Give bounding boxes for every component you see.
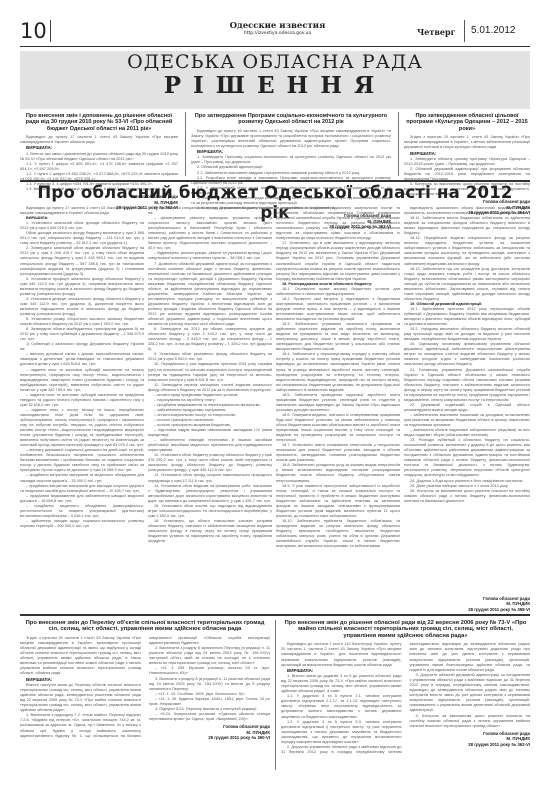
article-paragraph: харчування і медикаментів, оплату комуна…: [276, 206, 400, 241]
article-body: Згідно з пунктом 20 частини 1 статті 43 …: [20, 635, 270, 741]
article-paragraph: 1. Затвердити Програму соціально-економі…: [191, 154, 391, 164]
article-title: Про затвердження Програми соціально-екон…: [191, 113, 391, 126]
article-paragraph: 2. Виключити з розділу 8 зазначеного Пер…: [149, 645, 270, 665]
section-banner: ОДЕСЬКА ОБЛАСНА РАДА РІШЕННЯ: [20, 51, 530, 109]
article-paragraph: 9. Установити обсяг резервного фонду обл…: [148, 352, 272, 362]
article-paragraph: 18.5. Забезпечити проведення індексації …: [276, 393, 400, 413]
article-paragraph: – будівництво, реконструкцію, ремонт та …: [148, 251, 272, 261]
article-paragraph: – здійснення заходів щодо соціально-екон…: [20, 519, 144, 529]
article-paragraph: 2. Затвердити загальний обсяг видатків о…: [20, 246, 144, 276]
article-paragraph: 3. Доручити обласній державній адміністр…: [410, 672, 531, 713]
article-paragraph: 18.3. Забезпечити утримання чисельності …: [276, 322, 400, 352]
budget-column-2: 2) Субвенцій зі спеціального фонду Держа…: [148, 206, 272, 544]
article-paragraph: – «11. 1. 49. Будинок Зарифи, 1840-і, 18…: [149, 696, 270, 706]
article-intro: Відповідно до пункту 16 частини 1 статті…: [191, 128, 391, 148]
article-paragraph: 18.10. Забезпечити прийняття бюджетних з…: [276, 519, 400, 549]
article-paragraph: 3. Установити профіцит загального фонду …: [20, 277, 144, 297]
article-paragraph: 24. Додатки 1-8 до цього рішення є його …: [404, 479, 530, 484]
masthead: 10 Одесские известия http://izvestiya.od…: [20, 14, 530, 47]
article-paragraph: 1.1. У пункті 1 цифри «3 869 501,4», «3 …: [20, 161, 178, 171]
paper-title: Одесские известия: [230, 21, 326, 31]
article-paragraph: 22. Державній податковій службі в Одеськ…: [404, 403, 530, 413]
article-paragraph: 1.1. У додатках 3 та 5 пункти 2.1. типов…: [281, 693, 402, 718]
article-paragraph: 12. Установити обсяг бюджету розвитку об…: [148, 453, 272, 473]
article-paragraph: – виплату державної соціальної допомоги …: [20, 448, 144, 473]
article-paragraph: 26. Контроль за виконанням цього рішення…: [404, 489, 530, 504]
article-paragraph: 18.6. Планувати видатки, пов'язані із ст…: [276, 413, 400, 443]
article-paragraph: 10. Передбачити у разі підвищення протяг…: [148, 362, 272, 382]
article-paragraph: 1. Внести такі зміни і доповнення до ріш…: [20, 151, 178, 161]
article-paragraph: 1. Внести зміни до додатків 3 та 5 до рі…: [281, 673, 402, 693]
article-paragraph: 18.7. Установити ліміти споживання енерг…: [276, 443, 400, 463]
article-paragraph: – придбання медичного обладнання (мамогр…: [20, 504, 144, 519]
signature-date: 28 грудня 2011 року № 362-VI: [410, 742, 531, 747]
article-paragraph: – придбання витратних матеріалів для зак…: [20, 484, 144, 494]
column-divider: [275, 620, 276, 770]
article-paragraph: – придбання медикаментів для забезпеченн…: [20, 494, 144, 504]
newspaper-page: 10 Одесские известия http://izvestiya.od…: [20, 0, 530, 800]
article-paragraph: 15. Установити обсяг коштів, що надходят…: [148, 504, 272, 519]
article-paragraph: відповідність щомісячного обсягу фактичн…: [404, 206, 530, 216]
banner-subtitle: РІШЕННЯ: [20, 73, 530, 99]
signature-date: 28 грудня 2011 року № 360-VI: [149, 735, 270, 740]
article-paragraph: – підготовка кадрів вищими навчальними з…: [148, 428, 272, 438]
article-property-list-amendments: Про внесення змін до Переліку об'єктів с…: [20, 620, 270, 800]
article-paragraph: 18.13. Забезпечити під час укладання уго…: [404, 267, 530, 302]
signature: Голова обласної радиМ. ПУНДИК28 грудня 2…: [410, 731, 531, 747]
section-divider: [20, 614, 530, 616]
article-paragraph: – надання пільг та житлових субсидій нас…: [20, 368, 144, 393]
budget-column-1: Відповідно до пункту 17 частини 1 статті…: [20, 206, 144, 529]
article-paragraph: Обсяг доходів загального фонду бюджету в…: [20, 231, 144, 246]
paper-url[interactable]: http://izvestiya.odessa.gov.ua: [210, 31, 345, 37]
article-paragraph: 11. Затвердити перелік захищених статей …: [148, 383, 272, 393]
article-body: Відповідно до частини 2 статті 143 Конст…: [281, 641, 530, 754]
article-paragraph: Відповідно до частини 2 статті 143 Конст…: [281, 641, 402, 666]
article-paragraph: 19.1. Здійснювати протягом 2012 року пер…: [404, 307, 530, 327]
signature-date: 28 грудня 2011 року № 358-VI: [404, 607, 530, 612]
article-paragraph: 8. Затвердити на 2012 рік обсяги поверне…: [148, 327, 272, 352]
article-paragraph: 6. Затвердити обсяги міжбюджетних трансф…: [20, 327, 144, 342]
budget-column-3: харчування і медикаментів, оплату комуна…: [276, 206, 400, 549]
article-paragraph: 3. Включити з розділу 8 (в редакції п. 1…: [149, 676, 270, 691]
article-title: Про внесення змін до Переліку об'єктів с…: [20, 620, 270, 633]
article-intro: Відповідно до пункту 17 частини 1 статті…: [20, 134, 178, 144]
article-paragraph: – «5.24. Комунальна установа «Одеська об…: [149, 711, 270, 721]
article-paragraph: – придбання витратних матеріалів та меди…: [20, 473, 144, 483]
article-paragraph: 23. Розподіл субвенцій з обласного бюдже…: [404, 438, 530, 478]
article-paragraph: 18.1. Отримання права мережу бюджетних у…: [276, 287, 400, 297]
article-intro: Згідно з пунктом 20 частини 1, статті 43…: [404, 134, 530, 149]
article-paragraph: – надання пільг та житлових субсидій нас…: [20, 393, 144, 408]
article-paragraph: 4. Установити дефіцит спеціального фонду…: [20, 297, 144, 317]
article-paragraph: 13. Установити обсяг фонду охорони навко…: [148, 473, 272, 483]
article-paragraph: 18.4. Забезпечити у першочерговому поряд…: [276, 352, 400, 392]
article-paragraph: – «11. 1. 205. Музичне училище, початок …: [149, 665, 270, 675]
article-paragraph: 18.11. Забезпечити взяття бюджетних зобо…: [404, 216, 530, 236]
budget-signature: Голова обласної ради М. ПУНДИК 28 грудня…: [404, 596, 530, 612]
article-title: Про внесення змін до рішення обласної ра…: [281, 620, 530, 639]
article-paragraph: 20. Одеському головному фінансовому упра…: [404, 342, 530, 367]
article-paragraph: Відповідно до пункту 17 частини 1 статті…: [20, 206, 144, 216]
weekday: Четверг: [417, 27, 456, 37]
article-title: Про затвердження обласної цільової прогр…: [404, 113, 530, 132]
article-paragraph: 4. Контроль за виконанням цього рішення …: [410, 713, 531, 728]
article-paragraph: 1. Затвердити обласну цільову програму «…: [404, 156, 530, 166]
article-paragraph: – забезпечення виконання показників за д…: [404, 413, 530, 428]
article-paragraph: 18.9. У разі наявності простроченої забо…: [276, 484, 400, 519]
article-paragraph: 14. Установити обсяг видатків на фінансу…: [148, 484, 272, 504]
issue-date: 5.01.2012: [464, 20, 516, 42]
article-paragraph: 21. Головному управлінню Державної казна…: [404, 368, 530, 403]
article-paragraph: 18.8. Забезпечити укладення угод за кожн…: [276, 463, 400, 483]
article-paragraph: Внести наступні зміни до Переліку об'єкт…: [20, 682, 141, 713]
article-paragraph: – зменшення обсягів податкової заборгова…: [404, 428, 530, 438]
article-paragraph: 17. Установити, що в сумі зменшення у ві…: [276, 241, 400, 281]
article-paragraph: 5. Установити розмір оборотного касового…: [20, 317, 144, 327]
page-number: 10: [20, 20, 51, 42]
article-paragraph: 18.2. Привести свої витрати у відповідні…: [276, 297, 400, 322]
section-divider: [20, 180, 530, 182]
column-divider: [398, 112, 399, 176]
article-paragraph: 19.2. Упродовж виконання обласного бюдже…: [404, 327, 530, 342]
article-paragraph: 16. Установити, що обсяги тимчасових кас…: [148, 519, 272, 544]
article-paragraph: 1.2. У додатках 3 та 5 пункти 5.3. типов…: [281, 719, 402, 744]
article-paragraph: – забезпечення інвалідів технічними й ін…: [148, 438, 272, 453]
article-paragraph: 2. Обласній державній адміністрації при …: [404, 166, 530, 181]
article-paragraph: 18.12. Передбачати видатки спеціального …: [404, 236, 530, 266]
article-paragraph: 1. Установити загальний обсяг доходів об…: [20, 221, 144, 231]
budget-column-4: відповідність щомісячного обсягу фактичн…: [404, 206, 530, 504]
signature: Голова обласної радиМ. ПУНДИК28 грудня 2…: [149, 724, 270, 740]
article-paragraph: – надання пільг з послуг зв'язку та інши…: [20, 408, 144, 448]
paper-name: Одесские известия http://izvestiya.odess…: [210, 22, 345, 37]
article-paragraph: – виплату допомоги сім'ям з дітьми, мало…: [20, 352, 144, 367]
article-property-decision-amendments: Про внесення змін до рішення обласної ра…: [281, 620, 530, 800]
article-paragraph: 2) Субвенцій зі спеціального фонду Держа…: [148, 206, 272, 216]
article-title: Про внесення змін і доповнень до рішення…: [20, 113, 178, 132]
banner-title: ОДЕСЬКА ОБЛАСНА РАДА: [20, 51, 530, 73]
article-paragraph: Згідно з пунктом 20 частини 1 статті 43 …: [20, 635, 141, 676]
column-divider: [185, 112, 186, 176]
article-paragraph: 1) Субвенцій з загального фонду Державно…: [20, 342, 144, 352]
article-paragraph: 7. Дозволити обласній державній адмініст…: [148, 262, 272, 328]
article-paragraph: – фінансування ремонту приміщень управлі…: [148, 216, 272, 251]
